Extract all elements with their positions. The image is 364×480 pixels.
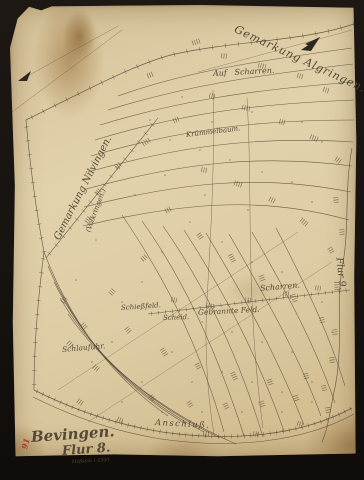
label-gemarkung-algringen: Gemarkung Algringen. xyxy=(232,23,364,95)
label-scharren: Scharren. xyxy=(260,281,301,293)
label-volkringen: (Volkringen.) xyxy=(84,187,107,233)
label-schlaufuhr: Schlaufuhr. xyxy=(62,341,106,354)
scanned-map-page: Gemarkung Algringen.Auf Scharren.Krümmel… xyxy=(0,0,364,480)
label-massstab: Maßstab 1:2500. xyxy=(72,458,111,465)
label-flur-8: Flur 8. xyxy=(61,441,111,459)
label-gebrannte-feld: Gebrannte Feld. xyxy=(198,305,260,317)
label-auf-scharren: Auf Scharren. xyxy=(213,66,275,78)
label-schiessfeld: Schießfeld. xyxy=(121,301,161,312)
label-flur-9: Flur 9. xyxy=(334,257,348,290)
label-anschluss: Anschluß. xyxy=(155,418,211,431)
label-sheet-number: 91 xyxy=(19,437,32,450)
map-labels-layer: Gemarkung Algringen.Auf Scharren.Krümmel… xyxy=(0,0,364,480)
label-kruemmelbaum: Krümmelbaum. xyxy=(186,124,241,139)
label-scheid: Scheid. xyxy=(163,313,190,322)
